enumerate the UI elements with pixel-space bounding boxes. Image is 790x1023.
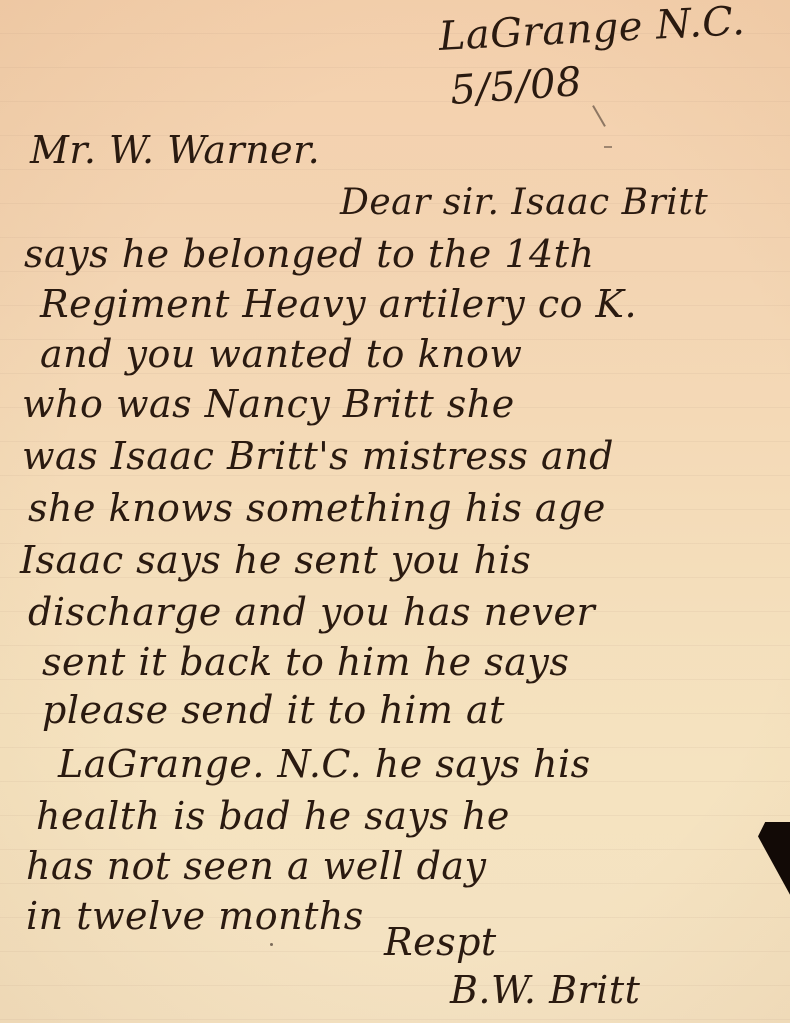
- body-line: in twelve months: [26, 894, 364, 938]
- recipient-name: Mr. W. Warner.: [30, 128, 320, 172]
- body-line: LaGrange. N.C. he says his: [58, 742, 591, 786]
- body-line: please send it to him at: [42, 688, 505, 732]
- body-line: discharge and you has never: [28, 590, 595, 634]
- letter-signature: B.W. Britt: [450, 968, 640, 1012]
- stray-pen-mark: [604, 146, 612, 148]
- body-line: and you wanted to know: [40, 332, 522, 376]
- body-line: Dear sir. Isaac Britt: [340, 182, 708, 223]
- body-line: Isaac says he sent you his: [20, 538, 531, 582]
- body-line: health is bad he says he: [36, 794, 510, 838]
- body-line: sent it back to him he says: [42, 640, 569, 684]
- ink-dot: [270, 943, 273, 946]
- letter-date: 5/5/08: [449, 59, 584, 114]
- body-line: who was Nancy Britt she: [22, 382, 515, 426]
- body-line: says he belonged to the 14th: [24, 232, 594, 276]
- body-line: has not seen a well day: [26, 844, 487, 888]
- body-line: was Isaac Britt's mistress and: [22, 434, 614, 478]
- body-line: she knows something his age: [28, 486, 606, 530]
- letter-closing: Respt: [384, 920, 497, 964]
- body-line: Regiment Heavy artilery co K.: [40, 282, 637, 326]
